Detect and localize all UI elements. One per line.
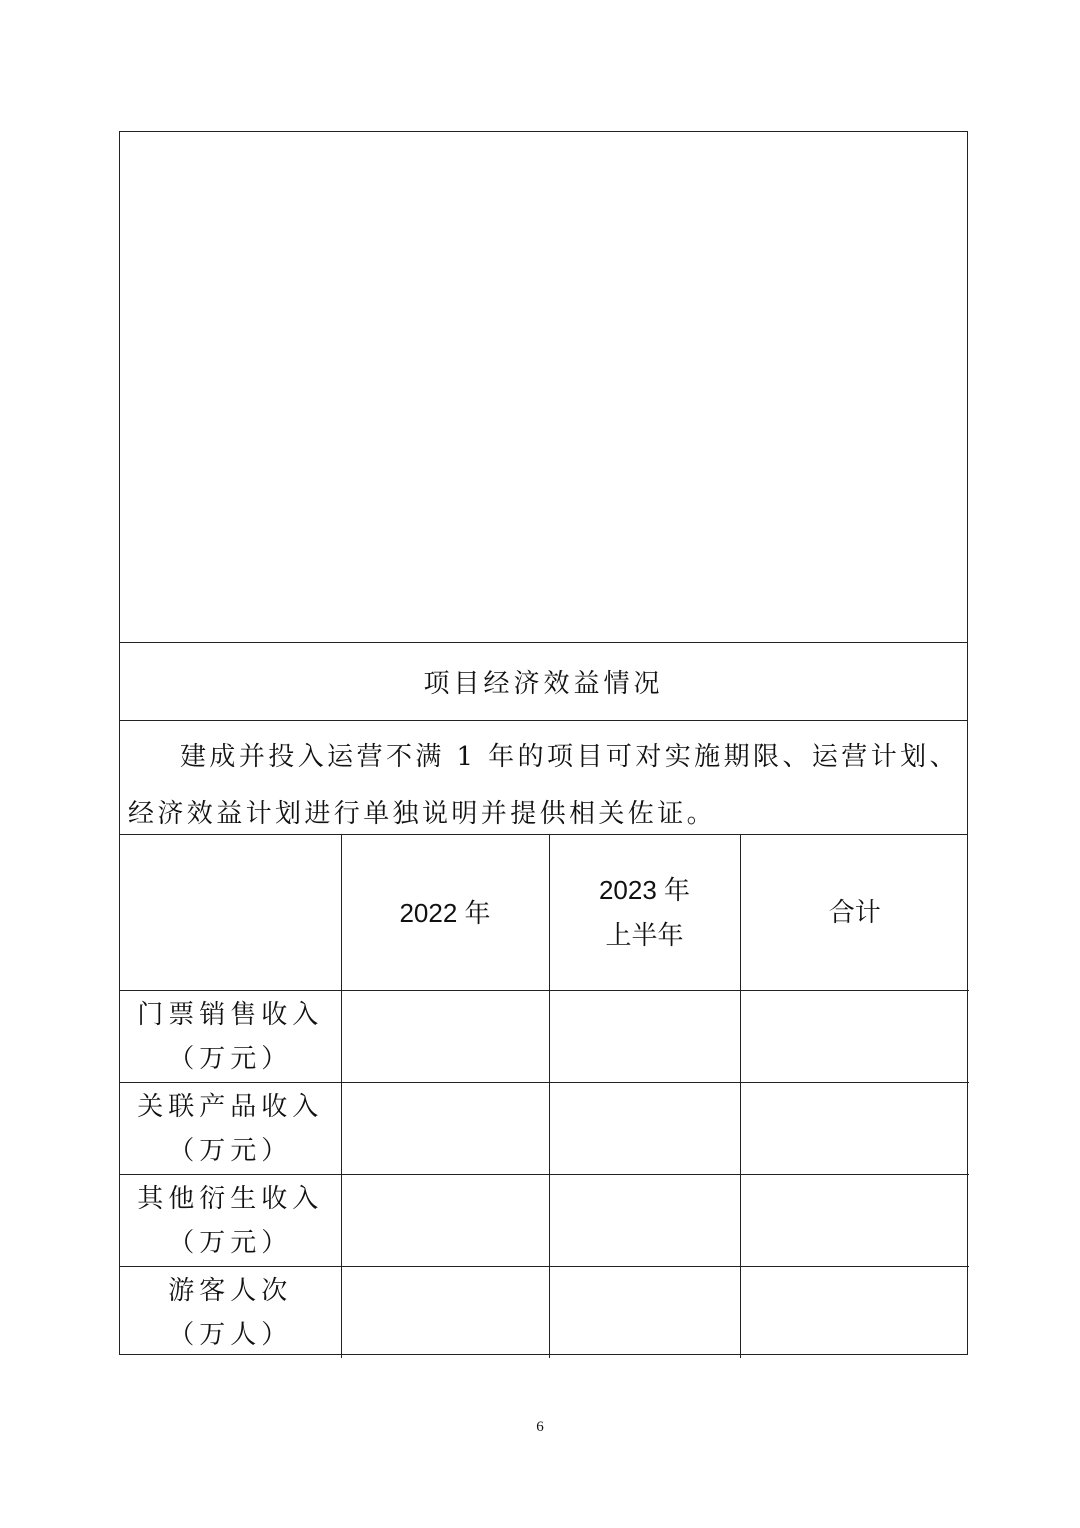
cell-2022[interactable]: [341, 1175, 549, 1267]
cell-total[interactable]: [740, 1083, 969, 1175]
table-row-visitor-count: 游客人次 （万人）: [120, 1267, 969, 1359]
cell-total[interactable]: [740, 1175, 969, 1267]
cell-2023-h1[interactable]: [549, 1083, 740, 1175]
table-header-row: 2022 年 2023 年 上半年 合计: [120, 835, 969, 991]
table-row-other-derivative-revenue: 其他衍生收入 （万元）: [120, 1175, 969, 1267]
cell-2023-h1[interactable]: [549, 1267, 740, 1359]
cell-2022[interactable]: [341, 1083, 549, 1175]
row-label: 关联产品收入 （万元）: [120, 1083, 341, 1175]
page-number: 6: [0, 1419, 1080, 1436]
blank-description-area[interactable]: [120, 132, 967, 643]
cell-2022[interactable]: [341, 991, 549, 1083]
cell-2023-h1[interactable]: [549, 1175, 740, 1267]
cell-total[interactable]: [740, 1267, 969, 1359]
cell-2022[interactable]: [341, 1267, 549, 1359]
header-cell-empty: [120, 835, 341, 991]
header-cell-total: 合计: [740, 835, 969, 991]
table-row-ticket-revenue: 门票销售收入 （万元）: [120, 991, 969, 1083]
row-label: 游客人次 （万人）: [120, 1267, 341, 1359]
row-label: 门票销售收入 （万元）: [120, 991, 341, 1083]
cell-2023-h1[interactable]: [549, 991, 740, 1083]
cell-total[interactable]: [740, 991, 969, 1083]
section-title: 项目经济效益情况: [120, 643, 967, 721]
header-cell-2023-h1: 2023 年 上半年: [549, 835, 740, 991]
table-row-related-product-revenue: 关联产品收入 （万元）: [120, 1083, 969, 1175]
row-label: 其他衍生收入 （万元）: [120, 1175, 341, 1267]
instruction-text: 建成并投入运营不满 1 年的项目可对实施期限、运营计划、经济效益计划进行单独说明…: [120, 721, 967, 835]
form-table-frame: 项目经济效益情况 建成并投入运营不满 1 年的项目可对实施期限、运营计划、经济效…: [119, 131, 968, 1355]
header-cell-2022: 2022 年: [341, 835, 549, 991]
economic-benefit-table: 2022 年 2023 年 上半年 合计 门票销售收入 （万元） 关联产品收入 …: [120, 835, 969, 1358]
